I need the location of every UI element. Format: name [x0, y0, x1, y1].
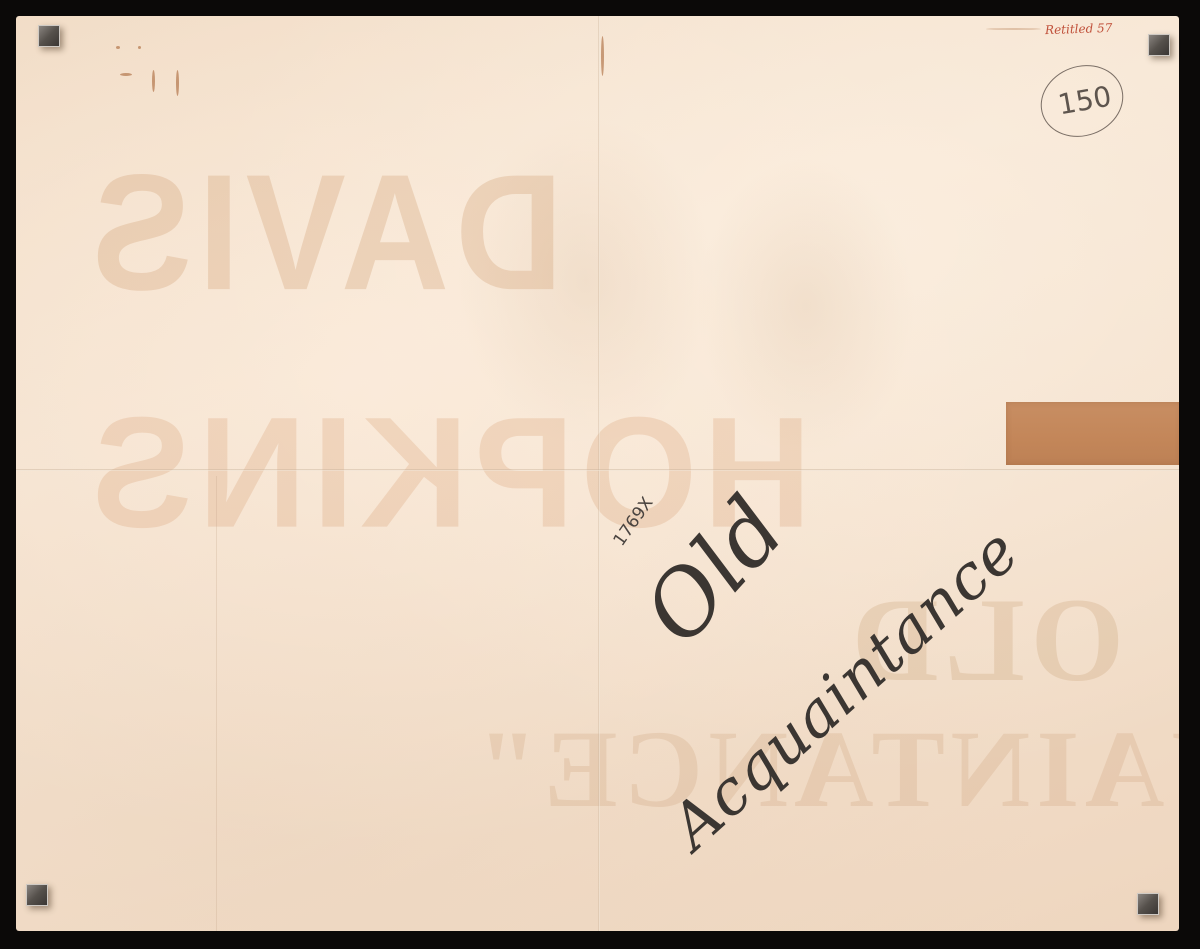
- stain: [601, 36, 604, 76]
- magnet-bottom-left-icon: [26, 884, 48, 906]
- bleed-text-davis: DAVIS: [86, 137, 563, 327]
- magnet-top-left-icon: [38, 25, 60, 47]
- stain: [986, 28, 1041, 30]
- stain: [138, 46, 141, 49]
- stain: [120, 73, 132, 76]
- vertical-fold: [598, 16, 600, 931]
- tape-strip: [1006, 402, 1179, 465]
- magnet-top-right-icon: [1148, 34, 1170, 56]
- stain: [176, 70, 179, 96]
- stain: [116, 46, 120, 49]
- horizontal-fold: [16, 469, 1179, 471]
- stain: [152, 70, 155, 92]
- poster-back: DAVIS HOPKINS OLD ACQUAINTANCE": [16, 16, 1179, 931]
- magnet-bottom-right-icon: [1137, 893, 1159, 915]
- secondary-fold: [216, 476, 217, 931]
- red-handwritten-note: Retitled 57: [1045, 21, 1113, 37]
